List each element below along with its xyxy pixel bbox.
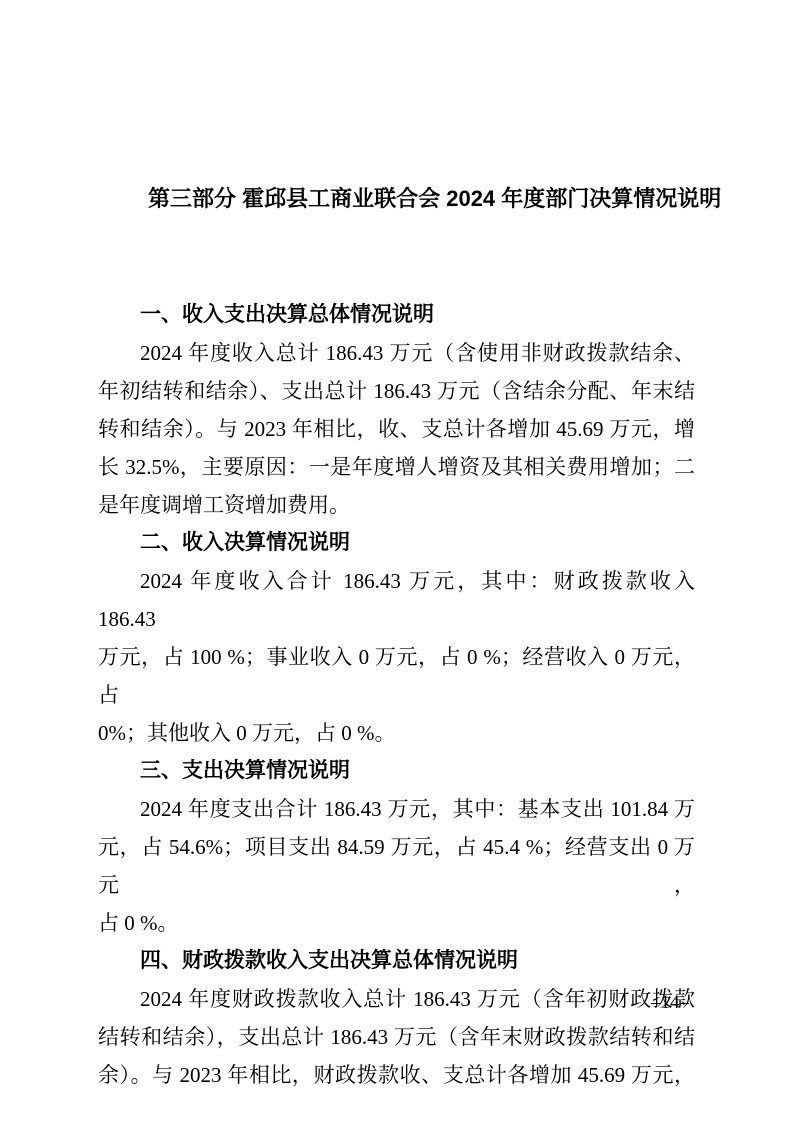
section-heading: 一、收入支出决算总体情况说明	[98, 296, 695, 334]
paragraph-line: 2024 年度收入总计 186.43 万元（含使用非财政拨款结余、	[98, 334, 695, 372]
paragraph-line: 0%；其他收入 0 万元，占 0 %。	[98, 714, 695, 752]
page-title: 第三部分 霍邱县工商业联合会 2024 年度部门决算情况说明	[148, 182, 721, 216]
paragraph-line: 万元，占 100 %；事业收入 0 万元，占 0 %；经营收入 0 万元，占	[98, 638, 695, 714]
paragraph-line: 2024 年度支出合计 186.43 万元，其中：基本支出 101.84 万	[98, 790, 695, 828]
document-page: 第三部分 霍邱县工商业联合会 2024 年度部门决算情况说明 一、收入支出决算总…	[0, 0, 793, 1122]
section-heading: 三、支出决算情况说明	[98, 752, 695, 790]
paragraph-line: 元，占 54.6%；项目支出 84.59 万元，占 45.4 %；经营支出 0 …	[98, 828, 695, 904]
page-number: –14–	[651, 991, 689, 1015]
paragraph-line: 转和结余）。与 2023 年相比，收、支总计各增加 45.69 万元，增	[98, 410, 695, 448]
section-heading: 四、财政拨款收入支出决算总体情况说明	[98, 942, 695, 980]
paragraph-line: 长 32.5%，主要原因：一是年度增人增资及其相关费用增加；二	[98, 448, 695, 486]
paragraph-line: 占 0 %。	[98, 904, 695, 942]
paragraph-line: 2024 年度财政拨款收入总计 186.43 万元（含年初财政拨款	[98, 980, 695, 1018]
section-heading: 二、收入决算情况说明	[98, 524, 695, 562]
document-body: 一、收入支出决算总体情况说明2024 年度收入总计 186.43 万元（含使用非…	[98, 296, 695, 1094]
paragraph-line: 结转和结余），支出总计 186.43 万元（含年末财政拨款结转和结	[98, 1018, 695, 1056]
paragraph-line: 年初结转和结余）、支出总计 186.43 万元（含结余分配、年末结	[98, 372, 695, 410]
paragraph-line: 2024 年度收入合计 186.43 万元，其中：财政拨款收入 186.43	[98, 562, 695, 638]
paragraph-line: 是年度调增工资增加费用。	[98, 486, 695, 524]
paragraph-line: 余）。与 2023 年相比，财政拨款收、支总计各增加 45.69 万元，	[98, 1056, 695, 1094]
